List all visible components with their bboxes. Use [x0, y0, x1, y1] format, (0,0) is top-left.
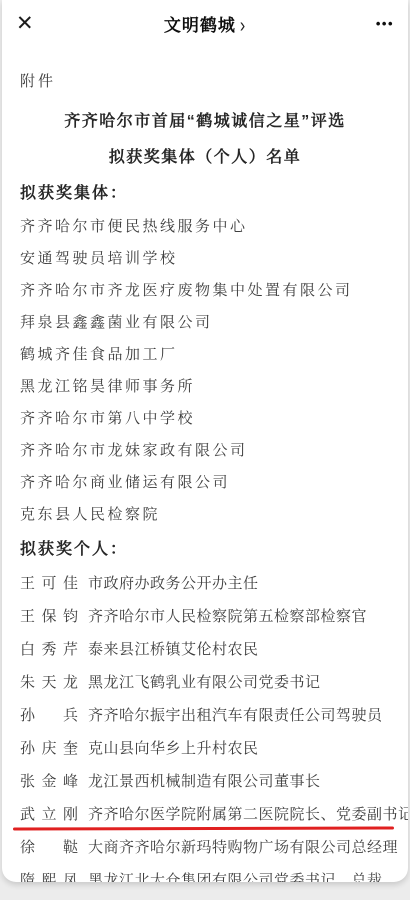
more-options-icon[interactable]: •••: [360, 16, 394, 31]
person-name: 孙庆奎: [20, 741, 78, 757]
document-title-line1: 齐齐哈尔市首届“鹤城诚信之星”评选: [20, 108, 390, 131]
document-title-line2: 拟获奖集体（个人）名单: [20, 144, 390, 167]
person-title: 齐齐哈尔振宇出租汽车有限责任公司驾驶员: [88, 708, 383, 724]
person-name: 武立刚: [20, 807, 78, 823]
collective-list-item: 齐齐哈尔市第八中学校: [20, 411, 390, 427]
person-title: 泰来县江桥镇艾伦村农民: [88, 642, 259, 658]
person-title: 市政府办政务公开办主任: [88, 576, 259, 592]
red-underline-annotation: [13, 827, 394, 831]
collective-list-item: 克东县人民检察院: [20, 507, 390, 523]
person-name: 王保钧: [20, 609, 78, 625]
person-name: 白秀芹: [20, 642, 78, 658]
person-name: 朱天龙: [20, 675, 78, 691]
close-icon[interactable]: ✕: [16, 13, 50, 34]
chevron-right-icon: ›: [240, 15, 246, 38]
collective-list-item: 齐齐哈尔市龙妹家政有限公司: [20, 443, 390, 459]
collective-list-item: 拜泉县鑫鑫菌业有限公司: [20, 315, 390, 331]
person-name: 孙 兵: [20, 708, 78, 724]
person-title: 黑龙江飞鹤乳业有限公司党委书记: [88, 675, 321, 691]
individual-list-item: 张金峰 龙江景西机械制造有限公司董事长: [20, 774, 390, 790]
person-title: 大商齐齐哈尔新玛特购物广场有限公司总经理: [88, 840, 398, 856]
collective-list-item: 安通驾驶员培训学校: [20, 251, 390, 267]
individual-list-item: 王可佳 市政府办政务公开办主任: [20, 576, 390, 592]
person-title: 克山县向华乡上升村农民: [88, 741, 259, 757]
person-title: 黑龙江北大仓集团有限公司党委书记、总裁: [88, 873, 383, 882]
individual-award-list: 王可佳 市政府办政务公开办主任 王保钧 齐齐哈尔市人民检察院第五检察部检察官 白…: [20, 576, 390, 882]
individual-list-item: 孙 兵 齐齐哈尔振宇出租汽车有限责任公司驾驶员: [20, 708, 390, 724]
individual-list-item: 武立刚 齐齐哈尔医学院附属第二医院院长、党委副书记: [20, 807, 390, 823]
navbar: ✕ 文明鹤城› •••: [2, 0, 408, 46]
collective-list-item: 齐齐哈尔市齐龙医疗废物集中处置有限公司: [20, 283, 390, 299]
person-title: 龙江景西机械制造有限公司董事长: [88, 774, 321, 790]
individual-list-item: 王保钧 齐齐哈尔市人民检察院第五检察部检察官: [20, 609, 390, 625]
individual-list-item: 白秀芹 泰来县江桥镇艾伦村农民: [20, 642, 390, 658]
account-title[interactable]: 文明鹤城›: [50, 11, 360, 36]
individual-list-item: 朱天龙 黑龙江飞鹤乳业有限公司党委书记: [20, 675, 390, 691]
attachment-label: 附件: [20, 70, 390, 91]
person-name: 张金峰: [20, 774, 78, 790]
person-name: 徐 鞑: [20, 840, 78, 856]
individual-list-item: 孙庆奎 克山县向华乡上升村农民: [20, 741, 390, 757]
person-title: 齐齐哈尔医学院附属第二医院院长、党委副书记: [88, 807, 408, 823]
document-body: 附件 齐齐哈尔市首届“鹤城诚信之星”评选 拟获奖集体（个人）名单 拟获奖集体： …: [2, 70, 408, 882]
account-name-label: 文明鹤城: [164, 16, 236, 35]
collective-award-list: 齐齐哈尔市便民热线服务中心 安通驾驶员培训学校 齐齐哈尔市齐龙医疗废物集中处置有…: [20, 219, 390, 523]
collective-list-item: 鹤城齐佳食品加工厂: [20, 347, 390, 363]
individual-section-heading: 拟获奖个人：: [20, 536, 390, 559]
collective-list-item: 齐齐哈尔市便民热线服务中心: [20, 219, 390, 235]
wechat-article-screen: ✕ 文明鹤城› ••• 附件 齐齐哈尔市首届“鹤城诚信之星”评选 拟获奖集体（个…: [0, 0, 410, 900]
person-title: 齐齐哈尔市人民检察院第五检察部检察官: [88, 609, 367, 625]
collective-list-item: 齐齐哈尔商业储运有限公司: [20, 475, 390, 491]
person-name: 隋熙凤: [20, 873, 78, 882]
collective-list-item: 黑龙江铭昊律师事务所: [20, 379, 390, 395]
collective-section-heading: 拟获奖集体：: [20, 180, 390, 203]
individual-list-item: 徐 鞑 大商齐齐哈尔新玛特购物广场有限公司总经理: [20, 840, 390, 856]
person-name: 王可佳: [20, 576, 78, 592]
attachment-document-card: ✕ 文明鹤城› ••• 附件 齐齐哈尔市首届“鹤城诚信之星”评选 拟获奖集体（个…: [2, 0, 408, 882]
individual-list-item: 隋熙凤 黑龙江北大仓集团有限公司党委书记、总裁: [20, 873, 390, 882]
